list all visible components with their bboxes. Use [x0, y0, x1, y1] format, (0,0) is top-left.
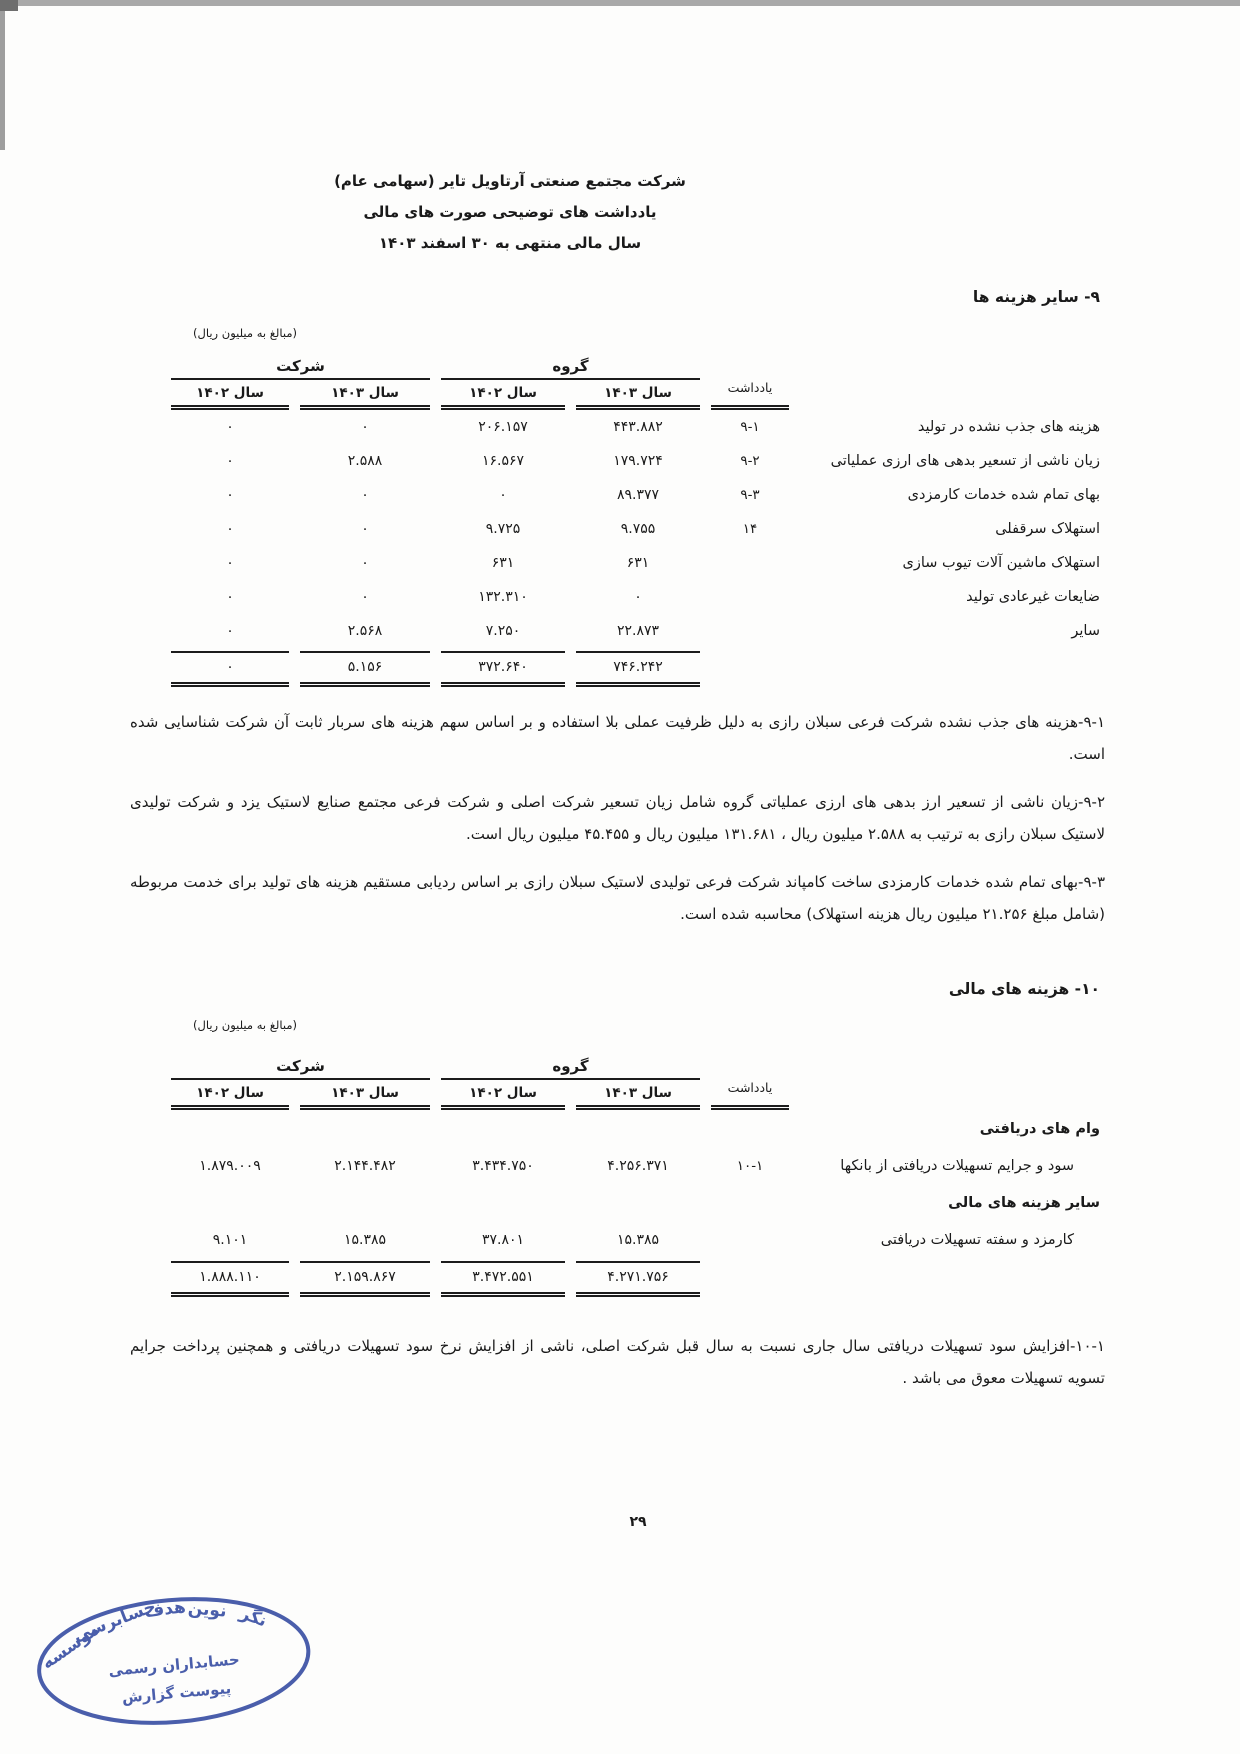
row-label: سایر: [800, 614, 1100, 648]
section-9-currency-note: (مبالغ به میلیون ریال): [193, 326, 297, 340]
total-group-1402: ۳.۴۷۲.۵۵۱: [441, 1261, 565, 1297]
amount-group-1403: ۲۲.۸۷۳: [576, 614, 700, 648]
amount-company-1402: ۰: [171, 546, 289, 580]
row-label: سایر هزینه های مالی: [800, 1184, 1100, 1221]
note-ref: [711, 546, 789, 580]
table-body: وام های دریافتی سود و جرایم تسهیلات دریا…: [171, 1110, 1100, 1297]
total-group-1402: ۳۷۲.۶۴۰: [441, 651, 565, 687]
amount-group-1402: [441, 1184, 565, 1221]
table-body: هزینه های جذب نشده در تولید ۹-۱ ۴۴۳.۸۸۲ …: [171, 410, 1100, 687]
note-ref: ۹-۱: [711, 410, 789, 444]
total-company-1403: ۲.۱۵۹.۸۶۷: [300, 1261, 430, 1297]
company-name: شرکت مجتمع صنعتی آرتاویل تایر (سهامی عام…: [0, 166, 1020, 197]
amount-group-1402: ۹.۷۲۵: [441, 512, 565, 546]
amount-company-1403: ۰: [300, 546, 430, 580]
total-label: [800, 648, 1100, 687]
scan-artifact-left-edge: [0, 0, 5, 150]
table-header: شرکت گروه یادداشت سال ۱۴۰۳ سال ۱۴۰۲ سال …: [171, 348, 1100, 410]
amount-company-1402: ۰: [171, 410, 289, 444]
amount-group-1402: ۶۳۱: [441, 546, 565, 580]
note-ref: [711, 1221, 789, 1258]
amount-company-1403: [300, 1110, 430, 1147]
stamp-arc-word: نوین: [187, 1598, 227, 1621]
amount-group-1403: ۹.۷۵۵: [576, 512, 700, 546]
row-label: بهای تمام شده خدمات کارمزدی: [800, 478, 1100, 512]
note-ref: [711, 580, 789, 614]
total-company-1403: ۵.۱۵۶: [300, 651, 430, 687]
scan-artifact-corner: [0, 0, 18, 11]
amount-company-1403: ۰: [300, 410, 430, 444]
note-9-2-paragraph: ۹-۲-زیان ناشی از تسعیر ارز بدهی های ارزی…: [130, 786, 1105, 850]
page-number: ۲۹: [0, 1514, 1240, 1530]
note-9-1-paragraph: ۹-۱-هزینه های جذب نشده شرکت فرعی سبلان ر…: [130, 706, 1105, 770]
stamp-arc-word: هدف: [143, 1597, 186, 1622]
column-header-company: شرکت: [171, 357, 430, 380]
table-header: شرکت گروه یادداشت سال ۱۴۰۳ سال ۱۴۰۲ سال …: [171, 1048, 1100, 1110]
row-label: استهلاک ماشین آلات تیوب سازی: [800, 546, 1100, 580]
row-label: استهلاک سرقفلی: [800, 512, 1100, 546]
auditor-stamp: موسسه حسابرسی هدف نوین نگر حسابداران رسم…: [22, 1576, 326, 1753]
section-9-title: ۹- سایر هزینه ها: [973, 288, 1100, 306]
note-ref: ۱۰-۱: [711, 1147, 789, 1184]
amount-group-1403: [576, 1110, 700, 1147]
stamp-line-certified-accountants: حسابداران رسمی: [108, 1650, 241, 1679]
amount-company-1403: ۱۵.۳۸۵: [300, 1221, 430, 1258]
year-header-company-1403: سال ۱۴۰۳: [300, 1085, 430, 1110]
amount-company-1402: ۱.۸۷۹.۰۰۹: [171, 1147, 289, 1184]
note-ref: ۱۴: [711, 512, 789, 546]
row-label: ضایعات غیرعادی تولید: [800, 580, 1100, 614]
amount-group-1402: ۳۷.۸۰۱: [441, 1221, 565, 1258]
amount-company-1403: ۲.۱۴۴.۴۸۲: [300, 1147, 430, 1184]
note-ref: [711, 1110, 789, 1147]
year-header-group-1403: سال ۱۴۰۳: [576, 385, 700, 410]
note-10-1-paragraph: ۱۰-۱-افزایش سود تسهیلات دریافتی سال جاری…: [130, 1330, 1105, 1394]
statement-title: یادداشت های توضیحی صورت های مالی: [0, 197, 1020, 228]
amount-group-1402: ۰: [441, 478, 565, 512]
finance-costs-table: شرکت گروه یادداشت سال ۱۴۰۳ سال ۱۴۰۲ سال …: [171, 1048, 1100, 1297]
column-header-group: گروه: [441, 1057, 700, 1080]
amount-group-1403: ۰: [576, 580, 700, 614]
section-10-title: ۱۰- هزینه های مالی: [949, 980, 1100, 998]
amount-group-1403: ۶۳۱: [576, 546, 700, 580]
total-group-1403: ۷۴۶.۲۴۲: [576, 651, 700, 687]
amount-company-1403: ۰: [300, 478, 430, 512]
scanned-document-page: شرکت مجتمع صنعتی آرتاویل تایر (سهامی عام…: [0, 0, 1240, 1754]
section-10-currency-note: (مبالغ به میلیون ریال): [193, 1018, 297, 1032]
year-header-company-1402: سال ۱۴۰۲: [171, 1085, 289, 1110]
other-expenses-table: شرکت گروه یادداشت سال ۱۴۰۳ سال ۱۴۰۲ سال …: [171, 348, 1100, 687]
amount-company-1403: ۲.۵۸۸: [300, 444, 430, 478]
amount-group-1403: [576, 1184, 700, 1221]
amount-company-1403: ۲.۵۶۸: [300, 614, 430, 648]
row-label: کارمزد و سفته تسهیلات دریافتی: [800, 1221, 1100, 1258]
amount-group-1402: ۲۰۶.۱۵۷: [441, 410, 565, 444]
amount-company-1402: ۹.۱۰۱: [171, 1221, 289, 1258]
scan-artifact-top-edge: [0, 0, 1240, 6]
year-header-group-1402: سال ۱۴۰۲: [441, 1085, 565, 1110]
stamp-line-report-attachment: پیوست گزارش: [121, 1679, 232, 1707]
amount-company-1402: ۰: [171, 444, 289, 478]
amount-company-1403: ۰: [300, 580, 430, 614]
amount-group-1402: ۷.۲۵۰: [441, 614, 565, 648]
year-header-group-1402: سال ۱۴۰۲: [441, 385, 565, 410]
amount-group-1403: ۱۵.۳۸۵: [576, 1221, 700, 1258]
total-note-spacer: [711, 648, 789, 687]
note-9-3-paragraph: ۹-۳-بهای تمام شده خدمات کارمزدی ساخت کام…: [130, 866, 1105, 930]
column-header-company: شرکت: [171, 1057, 430, 1080]
stamp-arc-word: نگر: [236, 1602, 269, 1631]
amount-group-1403: ۴.۲۵۶.۳۷۱: [576, 1147, 700, 1184]
total-company-1402: ۰: [171, 651, 289, 687]
amount-group-1402: [441, 1110, 565, 1147]
fiscal-year-line: سال مالی منتهی به ۳۰ اسفند ۱۴۰۳: [0, 228, 1020, 259]
total-company-1402: ۱.۸۸۸.۱۱۰: [171, 1261, 289, 1297]
row-label: وام های دریافتی: [800, 1110, 1100, 1147]
amount-company-1402: ۰: [171, 614, 289, 648]
note-ref: ۹-۲: [711, 444, 789, 478]
row-label: سود و جرایم تسهیلات دریافتی از بانکها: [800, 1147, 1100, 1184]
year-header-company-1402: سال ۱۴۰۲: [171, 385, 289, 410]
total-label: [800, 1258, 1100, 1297]
amount-group-1403: ۴۴۳.۸۸۲: [576, 410, 700, 444]
amount-company-1403: ۰: [300, 512, 430, 546]
total-note-spacer: [711, 1258, 789, 1297]
note-ref: [711, 1184, 789, 1221]
amount-company-1403: [300, 1184, 430, 1221]
row-label: هزینه های جذب نشده در تولید: [800, 410, 1100, 444]
year-header-group-1403: سال ۱۴۰۳: [576, 1085, 700, 1110]
total-group-1403: ۴.۲۷۱.۷۵۶: [576, 1261, 700, 1297]
amount-group-1402: ۱۳۲.۳۱۰: [441, 580, 565, 614]
amount-company-1402: [171, 1110, 289, 1147]
amount-group-1402: ۳.۴۳۴.۷۵۰: [441, 1147, 565, 1184]
amount-group-1402: ۱۶.۵۶۷: [441, 444, 565, 478]
column-header-note: یادداشت: [711, 1048, 789, 1110]
amount-company-1402: ۰: [171, 580, 289, 614]
column-header-group: گروه: [441, 357, 700, 380]
column-header-note: یادداشت: [711, 348, 789, 410]
document-header: شرکت مجتمع صنعتی آرتاویل تایر (سهامی عام…: [0, 166, 1020, 259]
amount-company-1402: ۰: [171, 512, 289, 546]
row-label: زیان ناشی از تسعیر بدهی های ارزی عملیاتی: [800, 444, 1100, 478]
amount-company-1402: [171, 1184, 289, 1221]
amount-group-1403: ۱۷۹.۷۲۴: [576, 444, 700, 478]
amount-group-1403: ۸۹.۳۷۷: [576, 478, 700, 512]
note-ref: ۹-۳: [711, 478, 789, 512]
amount-company-1402: ۰: [171, 478, 289, 512]
note-ref: [711, 614, 789, 648]
year-header-company-1403: سال ۱۴۰۳: [300, 385, 430, 410]
